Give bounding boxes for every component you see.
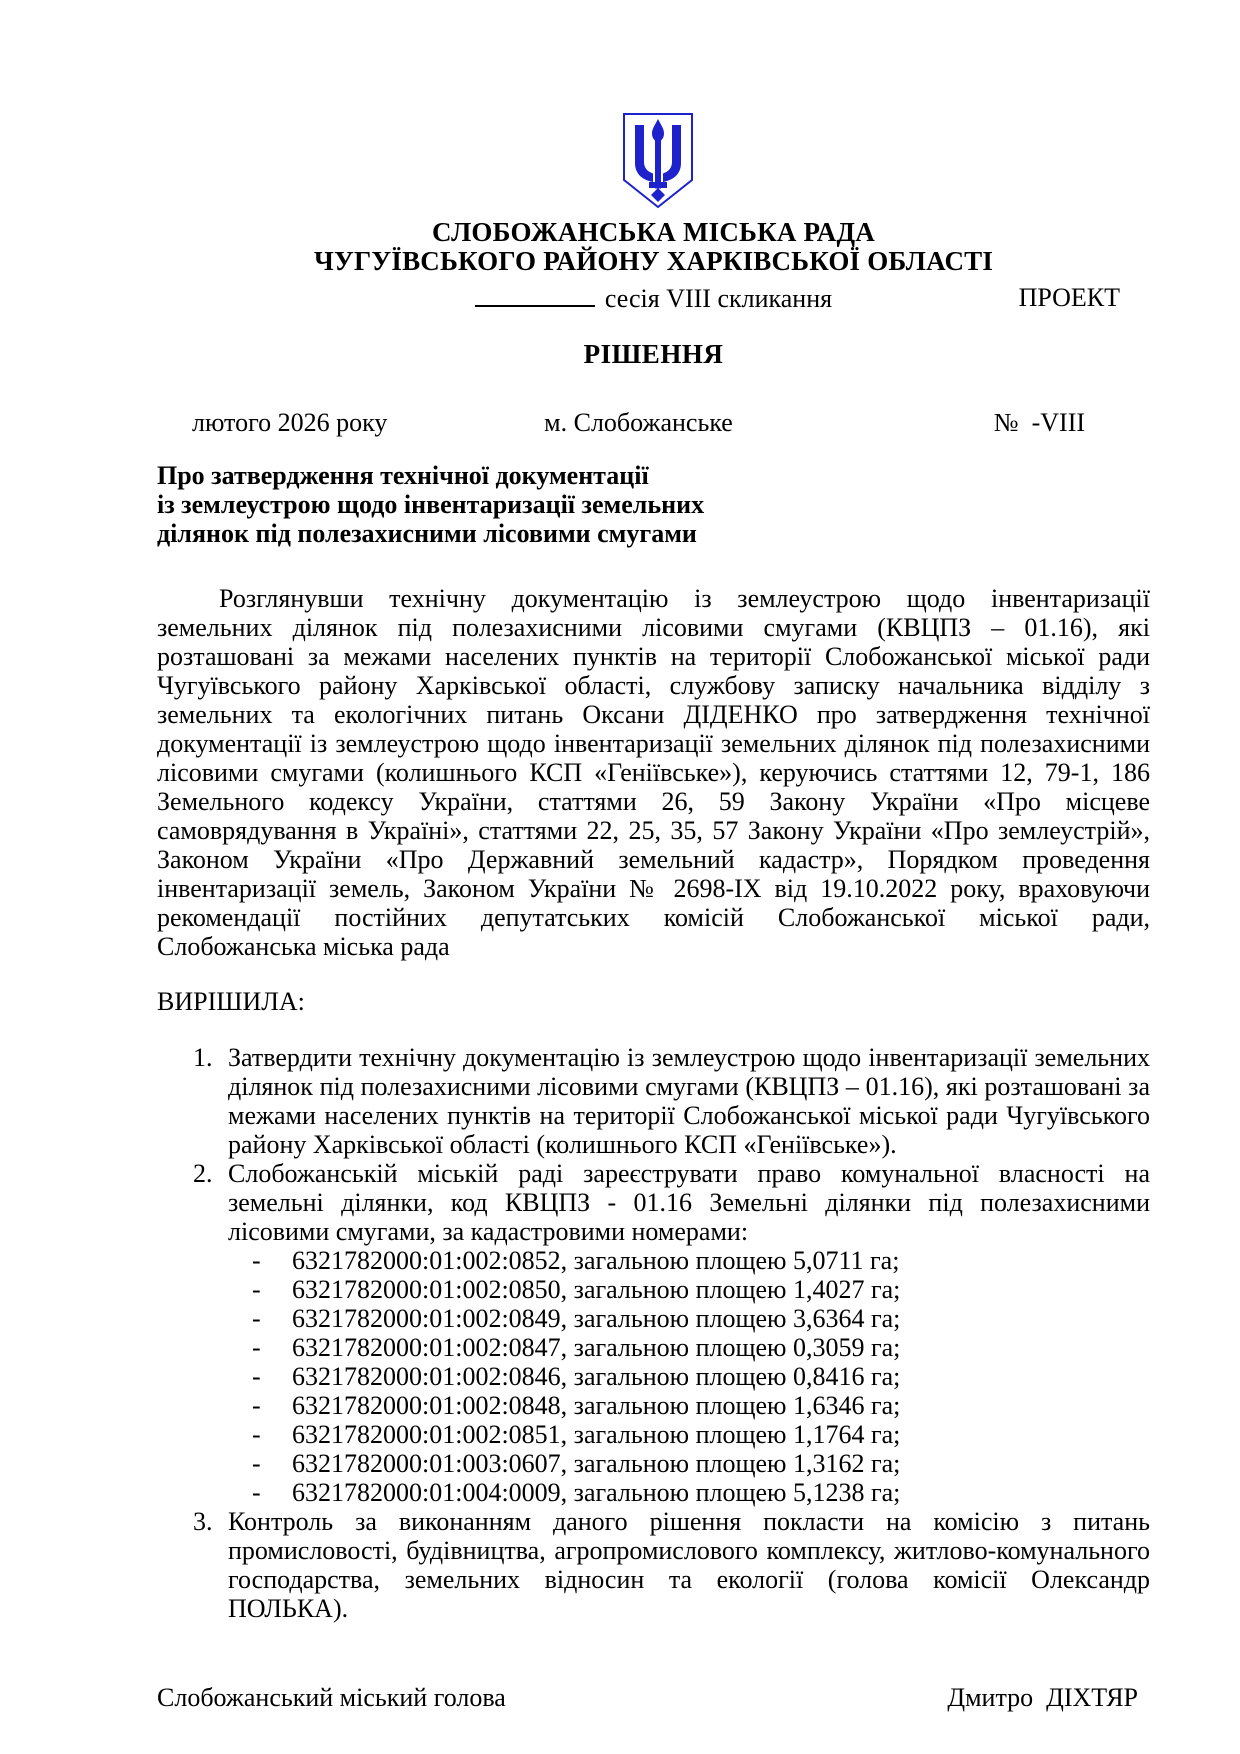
parcel-row: - 6321782000:01:002:0847, загальною площ… xyxy=(157,1333,1150,1362)
subject-line: із землеустрою щодо інвентаризації земел… xyxy=(157,490,1150,519)
parcel-text: 6321782000:01:002:0849, загальною площею… xyxy=(292,1304,1150,1333)
parcel-row: - 6321782000:01:004:0009, загальною площ… xyxy=(157,1478,1150,1507)
parcel-text: 6321782000:01:002:0846, загальною площею… xyxy=(292,1362,1150,1391)
dash-marker: - xyxy=(252,1275,292,1304)
parcel-text: 6321782000:01:003:0607, загальною площею… xyxy=(292,1449,1150,1478)
org-name-line2: ЧУГУЇВСЬКОГО РАЙОНУ ХАРКІВСЬКОЇ ОБЛАСТІ xyxy=(157,247,1150,276)
item-text: Контроль за виконанням даного рішення по… xyxy=(228,1507,1150,1623)
session-line-label: сесія VIII скликання xyxy=(605,284,832,313)
parcel-row: - 6321782000:01:002:0846, загальною площ… xyxy=(157,1362,1150,1391)
parcel-text: 6321782000:01:002:0848, загальною площею… xyxy=(292,1391,1150,1420)
parcel-row: - 6321782000:01:002:0850, загальною площ… xyxy=(157,1275,1150,1304)
document-number: № -VIII xyxy=(787,408,1150,437)
parcel-text: 6321782000:01:002:0851, загальною площею… xyxy=(292,1420,1150,1449)
parcel-text: 6321782000:01:002:0852, загальною площею… xyxy=(292,1246,1150,1275)
parcel-text: 6321782000:01:004:0009, загальною площею… xyxy=(292,1478,1150,1507)
parcel-text: 6321782000:01:002:0847, загальною площею… xyxy=(292,1333,1150,1362)
item-number: 3. xyxy=(193,1507,228,1623)
dash-marker: - xyxy=(252,1478,292,1507)
signer-name: Дмитро ДІХТЯР xyxy=(947,1683,1150,1712)
document-date: лютого 2026 року xyxy=(157,408,490,437)
date-place-number-row: лютого 2026 року м. Слобожанське № -VIII xyxy=(157,408,1150,437)
dash-marker: - xyxy=(252,1362,292,1391)
resolution-item-3: 3. Контроль за виконанням даного рішення… xyxy=(157,1507,1150,1623)
document-kind-title: РІШЕННЯ xyxy=(157,340,1150,369)
parcel-row: - 6321782000:01:003:0607, загальною площ… xyxy=(157,1449,1150,1478)
ukraine-trident-emblem-icon xyxy=(622,112,694,210)
item-number: 1. xyxy=(193,1043,228,1159)
parcel-text: 6321782000:01:002:0850, загальною площею… xyxy=(292,1275,1150,1304)
resolution-items-list: 1. Затвердити технічну документацію із з… xyxy=(157,1043,1150,1623)
parcel-row: - 6321782000:01:002:0849, загальною площ… xyxy=(157,1304,1150,1333)
signer-position: Слобожанський міський голова xyxy=(157,1683,506,1712)
item-number: 2. xyxy=(193,1159,228,1246)
org-name-line1: СЛОБОЖАНСЬКА МІСЬКА РАДА xyxy=(157,218,1150,247)
signature-row: Слобожанський міський голова Дмитро ДІХТ… xyxy=(157,1683,1150,1712)
subject-line: ділянок під полезахисними лісовими смуга… xyxy=(157,519,1150,548)
item-text: Затвердити технічну документацію із земл… xyxy=(228,1043,1150,1159)
resolution-item-2: 2. Слобожанській міській раді зареєструв… xyxy=(157,1159,1150,1246)
subject-block: Про затвердження технічної документації … xyxy=(157,461,1150,548)
document-place: м. Слобожанське xyxy=(490,408,788,437)
session-number-blank xyxy=(475,283,595,307)
subject-line: Про затвердження технічної документації xyxy=(157,461,1150,490)
preamble-paragraph: Розглянувши технічну документацію із зем… xyxy=(157,584,1150,961)
dash-marker: - xyxy=(252,1420,292,1449)
resolved-label: ВИРІШИЛА: xyxy=(157,987,1150,1016)
decision-document-page: СЛОБОЖАНСЬКА МІСЬКА РАДА ЧУГУЇВСЬКОГО РА… xyxy=(0,0,1240,1754)
session-line-row: сесія VIII скликання ПРОЕКТ xyxy=(157,283,1150,313)
resolution-item-1: 1. Затвердити технічну документацію із з… xyxy=(157,1043,1150,1159)
parcel-row: - 6321782000:01:002:0848, загальною площ… xyxy=(157,1391,1150,1420)
cadastral-parcel-list: - 6321782000:01:002:0852, загальною площ… xyxy=(157,1246,1150,1507)
dash-marker: - xyxy=(252,1333,292,1362)
dash-marker: - xyxy=(252,1304,292,1333)
dash-marker: - xyxy=(252,1246,292,1275)
dash-marker: - xyxy=(252,1391,292,1420)
dash-marker: - xyxy=(252,1449,292,1478)
parcel-row: - 6321782000:01:002:0852, загальною площ… xyxy=(157,1246,1150,1275)
draft-label: ПРОЕКТ xyxy=(1019,283,1120,312)
emblem-container xyxy=(165,112,1150,210)
parcel-row: - 6321782000:01:002:0851, загальною площ… xyxy=(157,1420,1150,1449)
item-text: Слобожанській міській раді зареєструвати… xyxy=(228,1159,1150,1246)
